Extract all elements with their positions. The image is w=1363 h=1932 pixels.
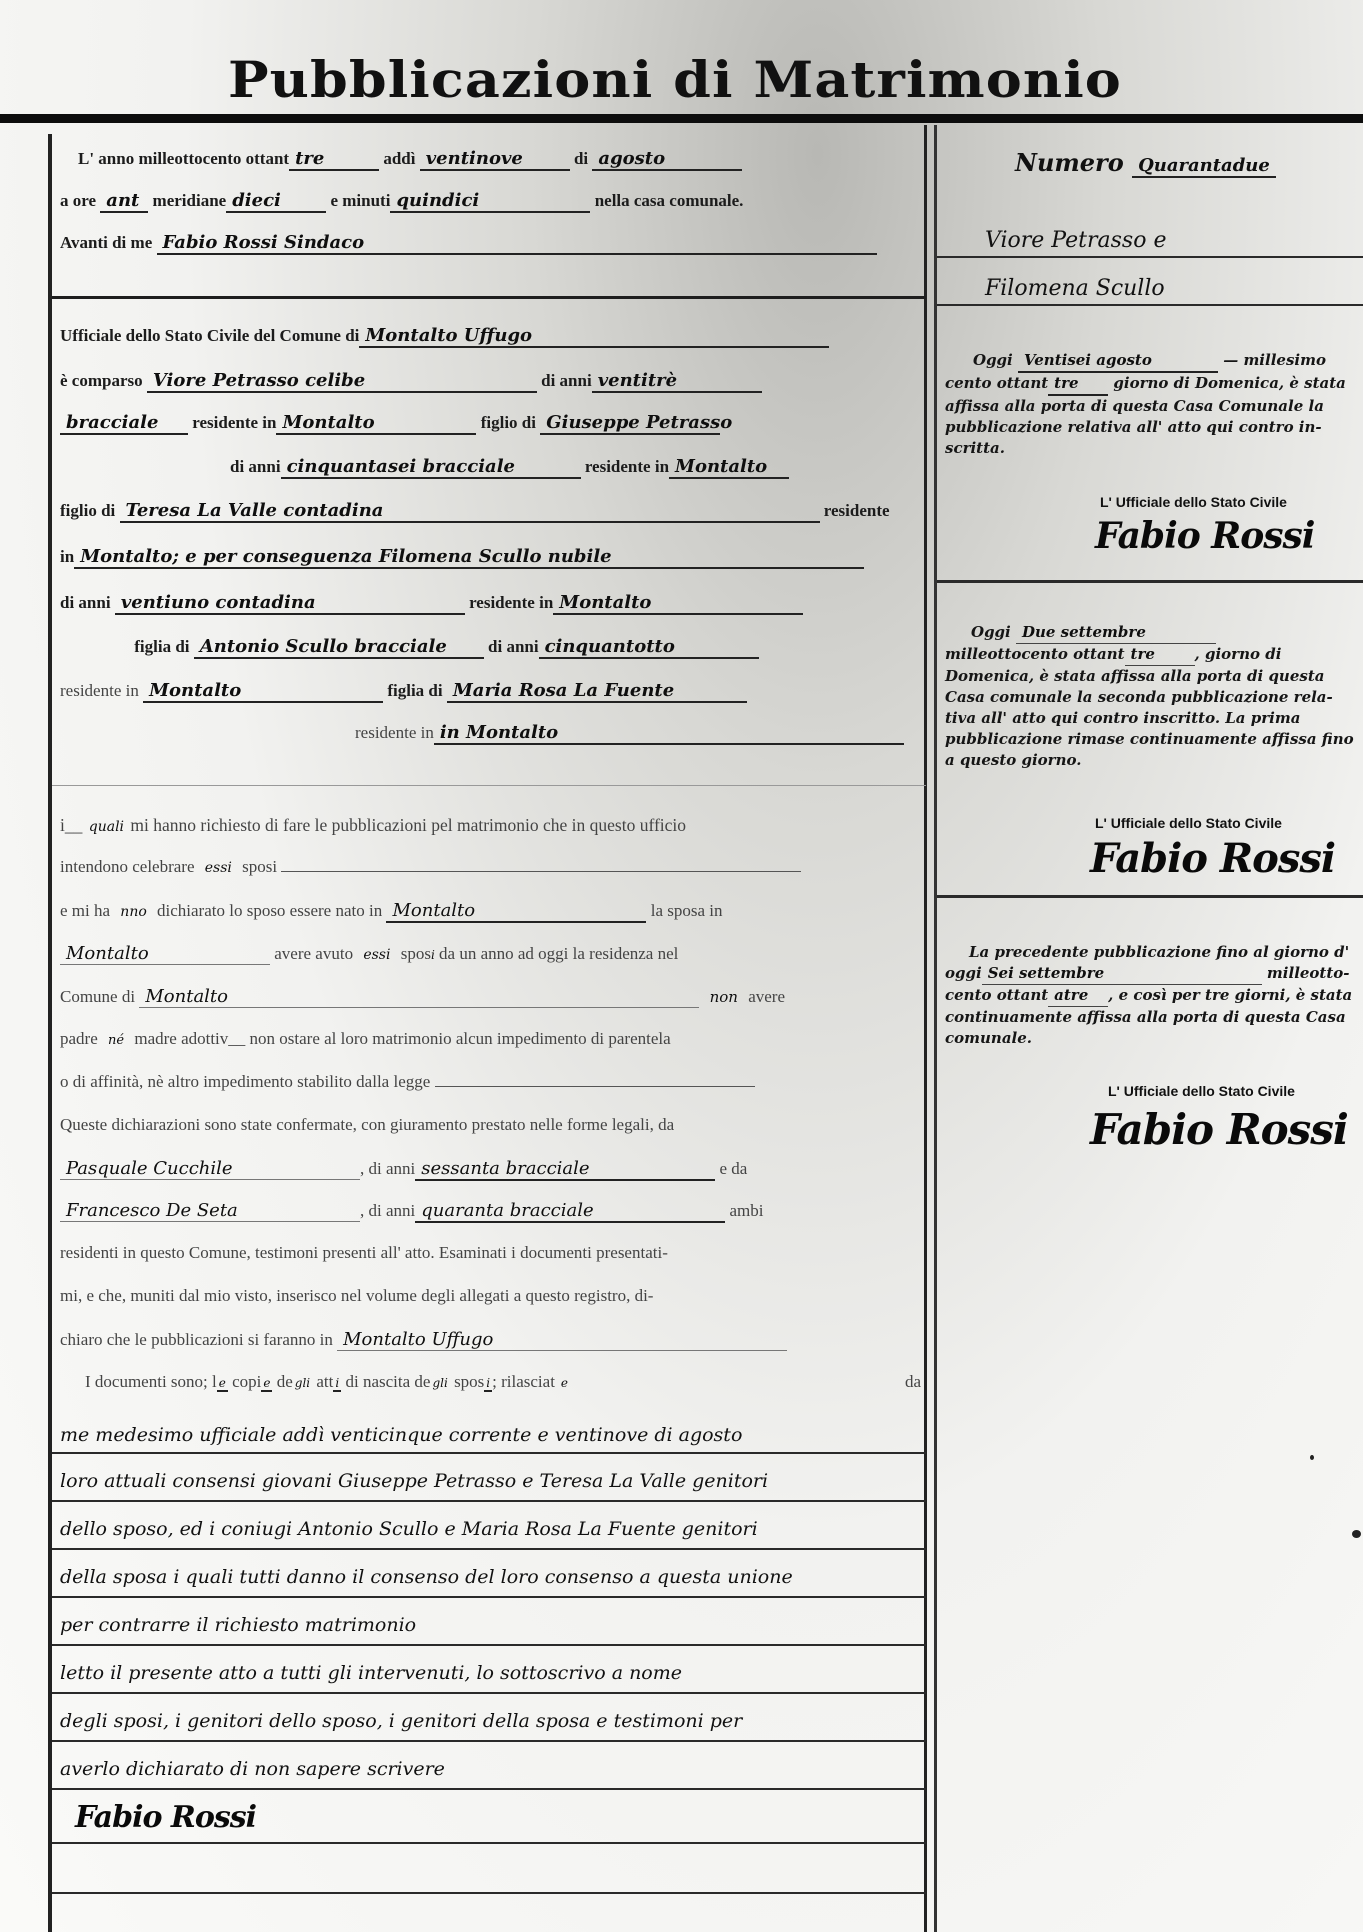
madre-residente-label: residente <box>824 501 890 520</box>
sposo-padre-line: di annicinquantasei bracciale residente … <box>230 456 789 479</box>
rp-text: millesimo <box>1243 351 1326 369</box>
dich-text: sposi <box>242 857 277 876</box>
testimone-1-anni: sessanta bracciale <box>415 1158 715 1181</box>
ink-blot <box>1310 1455 1314 1460</box>
ufficiale-label: L' Ufficiale dello Stato Civile <box>1100 494 1287 510</box>
dich-text: de <box>277 1372 293 1391</box>
section-divider <box>52 785 926 786</box>
sposa-padre-line: figlia di Antonio Scullo bracciale di an… <box>60 636 759 659</box>
dich-text: chiaro che le pubblicazioni si faranno i… <box>60 1330 333 1349</box>
dich-hw: e <box>261 1376 272 1392</box>
dich-text: , di anni <box>360 1159 415 1178</box>
sposa-padre-residente-label: residente in <box>60 681 139 700</box>
dich-text: mi, e che, muniti dal mio visto, inseris… <box>60 1286 653 1305</box>
rp-text: a questo giorno. <box>945 750 1363 771</box>
note-line: della sposa i quali tutti danno il conse… <box>60 1566 793 1588</box>
ruled-line <box>52 1788 926 1790</box>
dich-line-1: i__ quali mi hanno richiesto di fare le … <box>60 815 686 836</box>
dich-text: madre adottiv <box>134 1029 228 1048</box>
dich-text: la sposa in <box>651 901 723 920</box>
sposa-madre-residenza-line: residente inin Montalto <box>355 722 904 745</box>
ruled-line <box>52 1740 926 1742</box>
oggi-label: oggi <box>945 964 982 982</box>
note-line: per contrarre il richiesto matrimonio <box>60 1614 416 1636</box>
sposo-line: è comparso Viore Petrasso celibe di anni… <box>60 370 762 393</box>
ink-blot <box>1352 1530 1361 1538</box>
rp-text: scritta. <box>945 438 1363 459</box>
dich-hw: quali <box>87 819 126 835</box>
testimone-1: Pasquale Cucchile, di annisessanta bracc… <box>60 1158 747 1181</box>
addi-label: addì <box>383 149 415 168</box>
comune-value: Montalto Uffugo <box>359 325 829 348</box>
rp-text: milleotto- <box>1267 964 1350 982</box>
seconda-anno: tre <box>1125 644 1195 666</box>
ore-value: dieci <box>226 190 326 213</box>
dich-text: dichiarato lo sposo essere nato in <box>157 901 382 920</box>
sposa-anni-label: di anni <box>60 593 111 612</box>
dich-hw: e <box>217 1376 228 1392</box>
rp-text: Casa comunale la seconda pubblicazione r… <box>945 687 1363 708</box>
madre-label: figlio di <box>60 501 115 520</box>
marriage-publication-page: Pubblicazioni di Matrimonio L' anno mill… <box>0 0 1363 1932</box>
couple-name-2: Filomena Scullo <box>985 276 1165 301</box>
dich-text: spos <box>401 944 431 963</box>
dich-line-12: I documenti sono; le copie degli atti di… <box>85 1372 574 1392</box>
comune-line: Ufficiale dello Stato Civile del Comune … <box>60 325 829 348</box>
terza-pubblicazione: La precedente pubblicazione fino al gior… <box>945 942 1363 1049</box>
oggi-label: Oggi <box>971 623 1011 641</box>
rp-text: tiva all' atto qui contro inscritto. La … <box>945 708 1363 729</box>
dich-text: e mi ha <box>60 901 110 920</box>
dich-hw: non <box>704 988 744 1006</box>
terza-data: Sei settembre <box>982 963 1262 985</box>
sposa-luogo-nascita: Montalto <box>60 943 270 965</box>
padre-residente-label: residente in <box>585 457 669 476</box>
ruled-line <box>937 256 1363 258</box>
dich-text: padre <box>60 1029 98 1048</box>
dich-text: att <box>316 1372 333 1391</box>
rp-text: La precedente pubblicazione fino al gior… <box>945 942 1363 963</box>
ruled-line <box>937 304 1363 306</box>
ruled-line <box>52 1692 926 1694</box>
oggi-label: Oggi <box>973 351 1013 369</box>
dich-line-9: residenti in questo Comune, testimoni pr… <box>60 1243 668 1263</box>
sposa-padre-residenza: Montalto <box>143 680 383 703</box>
couple-name-1: Viore Petrasso e <box>985 228 1166 253</box>
dich-line-8: Queste dichiarazioni sono state conferma… <box>60 1115 674 1135</box>
rp-text: pubblicazione rimase continuamente affis… <box>945 729 1363 750</box>
blank-line <box>435 1086 755 1087</box>
column-divider <box>924 125 927 1932</box>
ruled-line <box>52 1644 926 1646</box>
section-divider <box>52 296 926 299</box>
ruled-line <box>52 1452 926 1454</box>
mese-value: agosto <box>592 148 742 171</box>
dich-text: avere avuto <box>274 944 353 963</box>
sposo-luogo-nascita: Montalto <box>386 900 646 923</box>
dich-text: residenti in questo Comune, testimoni pr… <box>60 1243 668 1262</box>
terza-anno: atre <box>1048 985 1108 1007</box>
dich-hw: gli <box>293 1376 312 1390</box>
sposa-anni: ventiuno contadina <box>115 592 465 615</box>
comune-residenza: Montalto <box>139 986 699 1008</box>
rp-text: giorno di Domenica, è stata <box>1113 374 1345 392</box>
rp-text: comunale. <box>945 1028 1363 1049</box>
sposo-residenza-line: bracciale residente inMontalto figlio di… <box>60 412 720 435</box>
section-divider <box>937 895 1363 898</box>
dich-text: intendono celebrare <box>60 857 195 876</box>
sposo-professione: bracciale <box>60 412 188 435</box>
left-border <box>48 134 52 1932</box>
dich-line-10: mi, e che, muniti dal mio visto, inseris… <box>60 1286 653 1306</box>
section-divider <box>937 580 1363 583</box>
dich-line-4: Montalto avere avuto essi sposi da un an… <box>60 943 678 965</box>
column-divider-double <box>934 125 937 1932</box>
seconda-data: Due settembre <box>1016 622 1216 644</box>
sposa-madre-label: figlia di <box>387 681 442 700</box>
dich-hw: nno <box>114 904 152 920</box>
sposo-residenza: Montalto <box>276 412 476 435</box>
figlio-label: figlio di <box>481 413 536 432</box>
note-line: degli sposi, i genitori dello sposo, i g… <box>60 1710 742 1732</box>
dich-hw: e <box>555 1376 574 1390</box>
padre-residenza: Montalto <box>669 456 789 479</box>
dich-hw: essi <box>357 947 396 963</box>
sposo-anni-label: di anni <box>541 371 592 390</box>
rp-text: pubblicazione relativa all' atto qui con… <box>945 417 1363 438</box>
di-label: di <box>574 149 588 168</box>
dich-line-2: intendono celebrare essi sposi <box>60 857 801 877</box>
dich-hw: i <box>333 1376 341 1392</box>
dich-line-6: padre né madre adottiv__ non ostare al l… <box>60 1029 671 1049</box>
note-line: averlo dichiarato di non sapere scrivere <box>60 1758 445 1780</box>
header-rule <box>0 114 1363 123</box>
terza-firma: Fabio Rossi <box>1090 1105 1348 1154</box>
dich-hw: essi <box>199 860 238 876</box>
numero-value: Quarantadue <box>1132 155 1276 178</box>
sposa-name: Montalto; e per conseguenza Filomena Scu… <box>74 546 864 569</box>
sposa-madre: Maria Rosa La Fuente <box>447 680 747 703</box>
avanti-label: Avanti di me <box>60 233 152 252</box>
casa-comunale-label: nella casa comunale. <box>595 191 744 210</box>
sposa-residente-label: residente in <box>469 593 553 612</box>
prima-data: Ventisei agosto <box>1018 350 1218 373</box>
dich-line-11: chiaro che le pubblicazioni si faranno i… <box>60 1329 787 1351</box>
prima-firma: Fabio Rossi <box>1095 515 1314 557</box>
testimone-1-nome: Pasquale Cucchile <box>60 1158 360 1180</box>
note-line: loro attuali consensi giovani Giuseppe P… <box>60 1470 768 1492</box>
sposa-madre-residente-label: residente in <box>355 723 434 742</box>
dich-text: I documenti sono; l <box>85 1372 217 1391</box>
pubblicazioni-luogo: Montalto Uffugo <box>337 1329 787 1351</box>
ufficiale-label: L' Ufficiale dello Stato Civile <box>1108 1083 1295 1099</box>
sposo-madre: Teresa La Valle contadina <box>120 500 820 523</box>
sposo-padre: Giuseppe Petrasso <box>540 412 720 435</box>
sposa-anni-line: di anni ventiuno contadina residente inM… <box>60 592 803 615</box>
sposa-in-label: in <box>60 547 74 566</box>
ruled-line <box>52 1842 926 1844</box>
ruled-line <box>52 1892 926 1894</box>
dich-text: i <box>60 815 65 835</box>
numero-field: Numero Quarantadue <box>1015 148 1276 178</box>
dich-line-7: o di affinità, nè altro impedimento stab… <box>60 1072 755 1092</box>
ufficiale-label: L' Ufficiale dello Stato Civile <box>1095 815 1282 831</box>
comparso-label: è comparso <box>60 371 143 390</box>
rp-text: Domenica, è stata affissa alla porta di … <box>945 666 1363 687</box>
dich-hw: né <box>102 1033 130 1048</box>
anno-value: tre <box>289 148 379 171</box>
dich-hw: gli <box>430 1376 449 1390</box>
dich-text: di nascita de <box>345 1372 430 1391</box>
testimone-2: Francesco De Seta, di anniquaranta bracc… <box>60 1200 764 1223</box>
sposa-residenza: Montalto <box>553 592 803 615</box>
dich-text: o di affinità, nè altro impedimento stab… <box>60 1072 430 1091</box>
ore-type-value: ant <box>100 190 148 213</box>
dich-text: , di anni <box>360 1201 415 1220</box>
preamble-line-3: Avanti di me Fabio Rossi Sindaco <box>60 232 877 255</box>
minuti-label: e minuti <box>330 191 390 210</box>
sposa-madre-residenza: in Montalto <box>434 722 904 745</box>
testimone-2-anni: quaranta bracciale <box>415 1200 725 1223</box>
sposa-padre-label: figlia di <box>134 637 189 656</box>
sposo-name: Viore Petrasso celibe <box>147 370 537 393</box>
dich-text: da <box>905 1372 921 1392</box>
dich-text: ambi <box>730 1201 764 1220</box>
minuti-value: quindici <box>390 190 590 213</box>
sposa-madre-line: residente in Montalto figlia di Maria Ro… <box>60 680 747 703</box>
sposa-padre: Antonio Scullo bracciale <box>194 636 484 659</box>
sposo-residente-label: residente in <box>192 413 276 432</box>
seconda-pubblicazione: Oggi Due settembre milleottocento ottant… <box>945 622 1363 771</box>
rp-text: , e così per tre giorni, è stata <box>1108 986 1352 1004</box>
rp-text: cento ottant <box>945 986 1048 1004</box>
sposo-anni: ventitrè <box>592 370 762 393</box>
dich-text: spos <box>454 1372 484 1391</box>
dich-text: copi <box>232 1372 261 1391</box>
dich-line-5: Comune di Montalto non avere <box>60 986 785 1008</box>
preamble-line-2: a ore ant meridianedieci e minutiquindic… <box>60 190 743 213</box>
prima-anno: tre <box>1048 373 1108 396</box>
dich-text: ; rilasciat <box>492 1372 555 1391</box>
preamble-line-1: L' anno milleottocento ottanttre addì ve… <box>78 148 742 171</box>
sposa-padre-anni-label: di anni <box>488 637 539 656</box>
numero-label: Numero <box>1015 148 1124 177</box>
rp-text: milleottocento ottant <box>945 645 1125 663</box>
footer-signature: Fabio Rossi <box>75 1800 256 1835</box>
dich-hw: i <box>431 948 435 962</box>
dich-hw: i <box>484 1376 492 1392</box>
dich-text: mi hanno <box>130 815 196 835</box>
sposa-line: inMontalto; e per conseguenza Filomena S… <box>60 546 864 569</box>
padre-anni-label: di anni <box>230 457 281 476</box>
rp-text: continuamente affissa alla porta di ques… <box>945 1007 1363 1028</box>
rp-text: cento ottant <box>945 374 1048 392</box>
sposo-madre-line: figlio di Teresa La Valle contadina resi… <box>60 500 890 523</box>
dich-text: Queste dichiarazioni sono state conferma… <box>60 1115 674 1134</box>
dich-text: da un anno ad oggi la residenza nel <box>439 944 678 963</box>
ruled-line <box>52 1548 926 1550</box>
seconda-firma: Fabio Rossi <box>1090 835 1335 882</box>
dich-text: e da <box>720 1159 748 1178</box>
note-line: me medesimo ufficiale addì venticinque c… <box>60 1424 742 1446</box>
rp-text: , giorno di <box>1195 645 1282 663</box>
prima-pubblicazione: Oggi Ventisei agosto — millesimo cento o… <box>945 350 1363 459</box>
officiale-value: Fabio Rossi Sindaco <box>157 232 877 255</box>
giorno-value: ventinove <box>420 148 570 171</box>
comune-label: Ufficiale dello Stato Civile del Comune … <box>60 326 359 345</box>
anno-label: L' anno milleottocento ottant <box>78 149 289 168</box>
padre-anni: cinquantasei bracciale <box>281 456 581 479</box>
note-line: letto il presente atto a tutti gli inter… <box>60 1662 682 1684</box>
testimone-2-nome: Francesco De Seta <box>60 1200 360 1222</box>
ruled-line <box>52 1500 926 1502</box>
document-title: Pubblicazioni di Matrimonio <box>228 50 1122 109</box>
ruled-line <box>52 1596 926 1598</box>
rp-text: affissa alla porta di questa Casa Comuna… <box>945 396 1363 417</box>
note-line: dello sposo, ed i coniugi Antonio Scullo… <box>60 1518 758 1540</box>
meridiane-label: meridiane <box>153 191 227 210</box>
sposa-padre-anni: cinquantotto <box>539 636 759 659</box>
dich-line-3: e mi ha nno dichiarato lo sposo essere n… <box>60 900 723 923</box>
dich-text: Comune di <box>60 987 135 1006</box>
blank-line <box>281 871 801 872</box>
dich-text: non ostare al loro matrimonio alcun impe… <box>250 1029 671 1048</box>
dich-text: avere <box>748 987 785 1006</box>
ore-label: a ore <box>60 191 96 210</box>
dich-text: richiesto di fare le pubblicazioni pel m… <box>200 815 686 835</box>
